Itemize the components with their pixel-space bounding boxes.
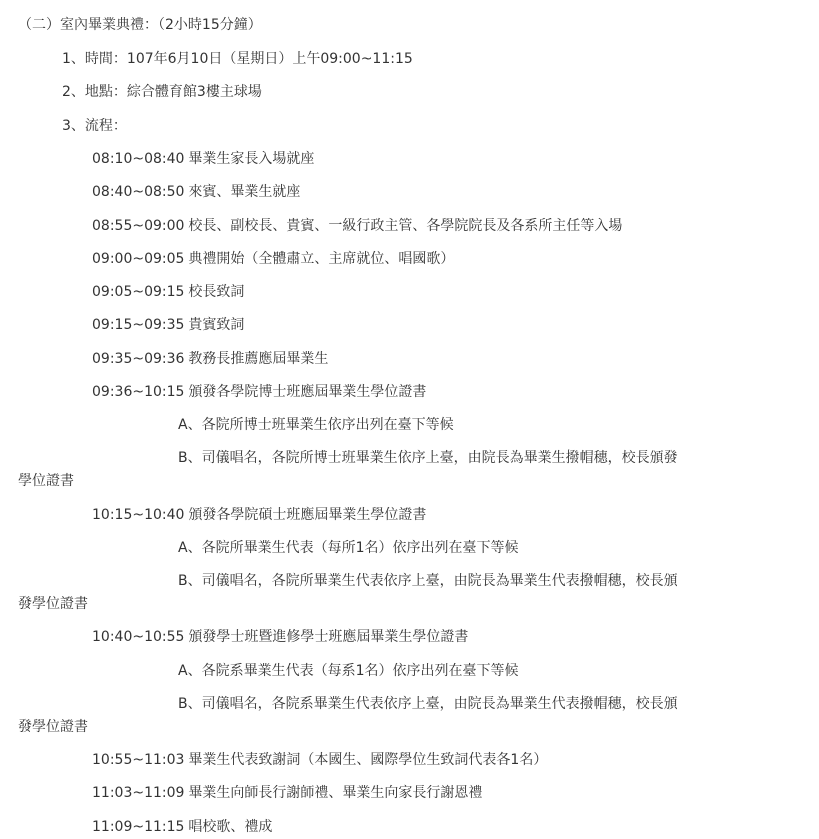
schedule-desc: 校長致詞 [188, 284, 244, 300]
schedule-time: 10:40~10:55 [92, 629, 184, 645]
schedule-row: 10:15~10:40頒發各學院碩士班應屆畢業生學位證書 [92, 506, 426, 524]
schedule-row: 08:55~09:00校長、副校長、貴賓、一級行政主管、各學院院長及各系所主任等… [92, 217, 622, 235]
item-location: 2、地點：綜合體育館3樓主球場 [62, 83, 262, 101]
subitem-a: A、各院系畢業生代表（每系1名）依序出列在臺下等候 [178, 662, 518, 680]
schedule-row: 09:05~09:15校長致詞 [92, 283, 244, 301]
schedule-time: 09:15~09:35 [92, 317, 184, 333]
schedule-desc: 貴賓致詞 [188, 317, 244, 333]
subitem-a: A、各院所博士班畢業生依序出列在臺下等候 [178, 416, 454, 434]
schedule-row: 11:03~11:09畢業生向師長行謝師禮、畢業生向家長行謝恩禮 [92, 784, 482, 802]
subitem-a: A、各院所畢業生代表（每所1名）依序出列在臺下等候 [178, 539, 518, 557]
schedule-time: 09:00~09:05 [92, 251, 184, 267]
schedule-time: 08:10~08:40 [92, 151, 184, 167]
schedule-desc: 頒發各學院博士班應屆畢業生學位證書 [188, 384, 426, 400]
item-procedure: 3、流程： [62, 117, 127, 135]
schedule-desc: 唱校歌、禮成 [188, 819, 272, 835]
schedule-row: 08:40~08:50來賓、畢業生就座 [92, 183, 300, 201]
schedule-time: 09:35~09:36 [92, 351, 184, 367]
schedule-time: 11:03~11:09 [92, 785, 184, 801]
schedule-time: 08:40~08:50 [92, 184, 184, 200]
subitem-b-continued: 發學位證書 [18, 595, 88, 613]
schedule-row: 10:40~10:55頒發學士班暨進修學士班應屆畢業生學位證書 [92, 628, 468, 646]
subitem-b: B、司儀唱名，各院所畢業生代表依序上臺，由院長為畢業生代表撥帽穗，校長頒 [178, 572, 678, 590]
subitem-b-continued: 學位證書 [18, 472, 74, 490]
schedule-time: 09:05~09:15 [92, 284, 184, 300]
schedule-desc: 教務長推薦應屆畢業生 [188, 351, 328, 367]
schedule-row: 09:00~09:05典禮開始（全體肅立、主席就位、唱國歌） [92, 250, 454, 268]
schedule-desc: 典禮開始（全體肅立、主席就位、唱國歌） [188, 251, 454, 267]
section-title: （二）室內畢業典禮：（2小時15分鐘） [18, 16, 262, 34]
subitem-b: B、司儀唱名，各院系畢業生代表依序上臺，由院長為畢業生代表撥帽穗，校長頒 [178, 695, 678, 713]
schedule-time: 11:09~11:15 [92, 819, 184, 835]
schedule-time: 09:36~10:15 [92, 384, 184, 400]
schedule-desc: 畢業生代表致謝詞（本國生、國際學位生致詞代表各1名） [188, 752, 547, 768]
schedule-desc: 頒發學士班暨進修學士班應屆畢業生學位證書 [188, 629, 468, 645]
schedule-desc: 來賓、畢業生就座 [188, 184, 300, 200]
schedule-time: 10:15~10:40 [92, 507, 184, 523]
schedule-row: 09:36~10:15頒發各學院博士班應屆畢業生學位證書 [92, 383, 426, 401]
schedule-desc: 畢業生向師長行謝師禮、畢業生向家長行謝恩禮 [188, 785, 482, 801]
schedule-row: 10:55~11:03畢業生代表致謝詞（本國生、國際學位生致詞代表各1名） [92, 751, 547, 769]
schedule-row: 09:15~09:35貴賓致詞 [92, 316, 244, 334]
schedule-time: 10:55~11:03 [92, 752, 184, 768]
schedule-time: 08:55~09:00 [92, 218, 184, 234]
schedule-desc: 畢業生家長入場就座 [188, 151, 314, 167]
schedule-desc: 頒發各學院碩士班應屆畢業生學位證書 [188, 507, 426, 523]
subitem-b: B、司儀唱名，各院所博士班畢業生依序上臺，由院長為畢業生撥帽穗，校長頒發 [178, 449, 678, 467]
schedule-row: 11:09~11:15唱校歌、禮成 [92, 818, 272, 836]
schedule-row: 09:35~09:36教務長推薦應屆畢業生 [92, 350, 328, 368]
item-time: 1、時間：107年6月10日（星期日）上午09:00~11:15 [62, 50, 413, 68]
schedule-desc: 校長、副校長、貴賓、一級行政主管、各學院院長及各系所主任等入場 [188, 218, 622, 234]
subitem-b-continued: 發學位證書 [18, 718, 88, 736]
schedule-row: 08:10~08:40畢業生家長入場就座 [92, 150, 314, 168]
